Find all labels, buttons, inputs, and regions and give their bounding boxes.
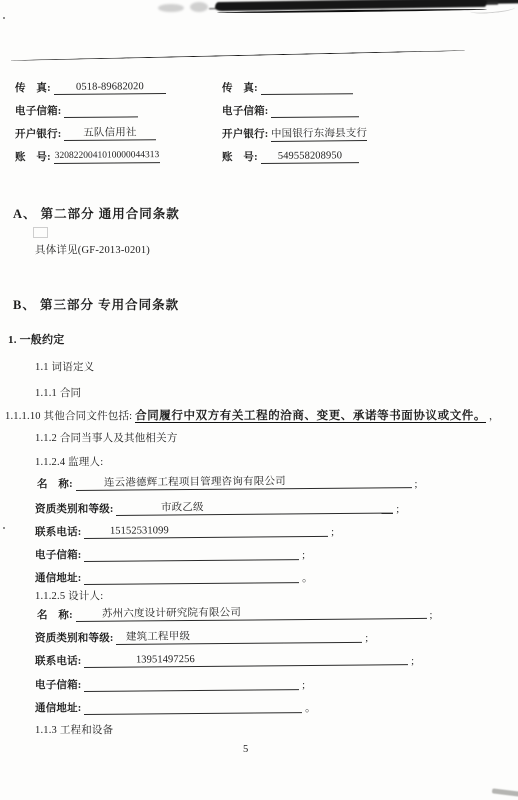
punct: ; [365,633,368,644]
clause-1-1-1-10: 1.1.1.10 其他合同文件包括: 合同履行中双方有关工程的洽商、变更、承诺等… [5,407,500,423]
fax-underline-left: 0518-89682020 [54,80,166,95]
email-row-right: 电子信箱: [222,103,359,118]
scan-artifact-bottom-right [492,788,518,796]
designer-address-row: 通信地址: 。 [35,700,316,715]
account-underline-right: 549558208950 [261,149,359,164]
fax-label-left: 传 真: [15,83,51,94]
punct: 。 [302,573,313,584]
account-label-left: 账 号: [15,152,51,163]
bank-underline-left: 五队信用社 [64,126,156,141]
designer-qualification-label: 资质类别和等级: [35,633,114,644]
scan-artifact-box [33,227,48,238]
horizontal-rule [11,50,465,61]
page-number: 5 [243,744,248,755]
clause-1-1: 1.1 词语定义 [35,359,94,374]
account-row-left: 账 号: 3208220041010000044313 [15,149,160,164]
designer-name-row: 名 称: 苏州六度设计研究院有限公司 ; [37,607,433,622]
designer-address-underline [84,700,302,715]
account-row-right: 账 号: 549558208950 [222,149,359,164]
designer-phone-underline: 13951497256 [84,651,408,668]
punct: ; [429,610,432,621]
bank-label-left: 开户银行: [15,129,62,140]
designer-name-underline: 苏州六度设计研究院有限公司 [76,605,427,622]
section-a-note: 具体详见(GF-2013-0201) [35,242,150,257]
designer-qualification-row: 资质类别和等级: 建筑工程甲级 ; [35,630,368,645]
clause-1-1-1-10-value: 合同履行中双方有关工程的洽商、变更、承诺等书面协议或文件。 [135,410,486,423]
account-label-right: 账 号: [222,152,258,163]
section-b-heading: B、 第三部分 专用合同条款 [13,295,179,313]
designer-phone-value: 13951497256 [136,654,195,666]
fax-value-left: 0518-89682020 [76,81,144,93]
account-underline-left: 3208220041010000044313 [54,149,160,164]
designer-email-underline [84,677,299,692]
bank-row-left: 开户银行: 五队信用社 [15,126,156,141]
designer-name-value: 苏州六度设计研究院有限公司 [102,608,241,620]
email-underline-right [271,104,359,118]
fax-row-left: 传 真: 0518-89682020 [15,80,166,95]
supervisor-address-row: 通信地址: 。 [35,570,313,585]
supervisor-qualification-label: 资质类别和等级: [35,504,114,515]
scan-smudge-left-2 [190,2,208,12]
bank-value-right: 中国银行东海县支行 [271,125,367,142]
clause-1-1-2: 1.1.2 合同当事人及其他相关方 [35,430,178,445]
fax-underline-right [261,81,353,95]
punct: ; [302,550,305,561]
supervisor-name-value: 连云港德辉工程项目管理咨询有限公司 [104,476,286,489]
section-a-heading: A、 第二部分 通用合同条款 [13,204,180,222]
bank-value-left: 五队信用社 [83,127,137,138]
supervisor-email-label: 电子信箱: [35,550,82,561]
bank-row-right: 开户银行: 中国银行东海县支行 [222,126,368,142]
supervisor-email-underline [84,547,299,562]
clause-1-1-2-5: 1.1.2.5 设计人: [35,588,103,603]
clause-1-1-1: 1.1.1 合同 [35,385,81,400]
supervisor-qualification-row: 资质类别和等级: 市政乙级 ; [35,501,399,516]
punct: ; [396,504,399,515]
email-label-left: 电子信箱: [15,106,62,117]
clause-1-1-1-10-label: 1.1.1.10 其他合同文件包括: [5,411,132,422]
clause-1-1-1-10-suffix: ， [489,411,500,422]
designer-email-row: 电子信箱: ; [35,677,305,692]
scan-speck-2 [3,527,5,529]
designer-address-label: 通信地址: [35,703,82,714]
account-value-right: 549558208950 [277,150,341,162]
designer-qualification-underline: 建筑工程甲级 [116,629,362,645]
scan-speck-1 [3,17,5,19]
supervisor-name-underline: 连云港德辉工程项目管理咨询有限公司 [76,474,412,491]
email-underline-left [64,104,138,118]
supervisor-qualification-underline: 市政乙级 [116,500,393,516]
bank-label-right: 开户银行: [222,129,269,140]
punct: ; [331,527,334,538]
designer-email-label: 电子信箱: [35,680,82,691]
email-row-left: 电子信箱: [15,103,138,118]
fax-label-right: 传 真: [222,83,258,94]
supervisor-name-row: 名 称: 连云港德辉工程项目管理咨询有限公司 ; [37,476,418,491]
supervisor-address-underline [84,570,299,585]
clause-1-1-2-4: 1.1.2.4 监理人: [35,454,103,469]
supervisor-address-label: 通信地址: [35,573,82,584]
clause-1: 1. 一般约定 [8,331,64,347]
supervisor-phone-label: 联系电话: [35,527,82,538]
designer-qualification-value: 建筑工程甲级 [126,631,190,643]
account-value-left: 3208220041010000044313 [54,150,159,161]
punct: ; [302,680,305,691]
punct: 。 [305,703,316,714]
supervisor-name-label: 名 称: [37,479,73,490]
supervisor-phone-value: 15152531099 [110,525,169,537]
supervisor-phone-row: 联系电话: 15152531099 ; [35,524,334,539]
scanned-contract-page: 传 真: 0518-89682020 电子信箱: 开户银行: 五队信用社 账 号… [0,0,518,800]
clause-1-1-3: 1.1.3 工程和设备 [35,722,113,737]
punct: ; [414,479,417,490]
supervisor-email-row: 电子信箱: ; [35,547,305,562]
supervisor-qualification-value: 市政乙级 [161,502,204,513]
designer-phone-row: 联系电话: 13951497256 ; [35,653,414,668]
supervisor-phone-underline: 15152531099 [84,523,328,539]
designer-phone-label: 联系电话: [35,656,82,667]
designer-name-label: 名 称: [37,610,73,621]
email-label-right: 电子信箱: [222,106,269,117]
scan-smudge-left [158,4,184,12]
punct: ; [411,656,414,667]
fax-row-right: 传 真: [222,80,353,95]
